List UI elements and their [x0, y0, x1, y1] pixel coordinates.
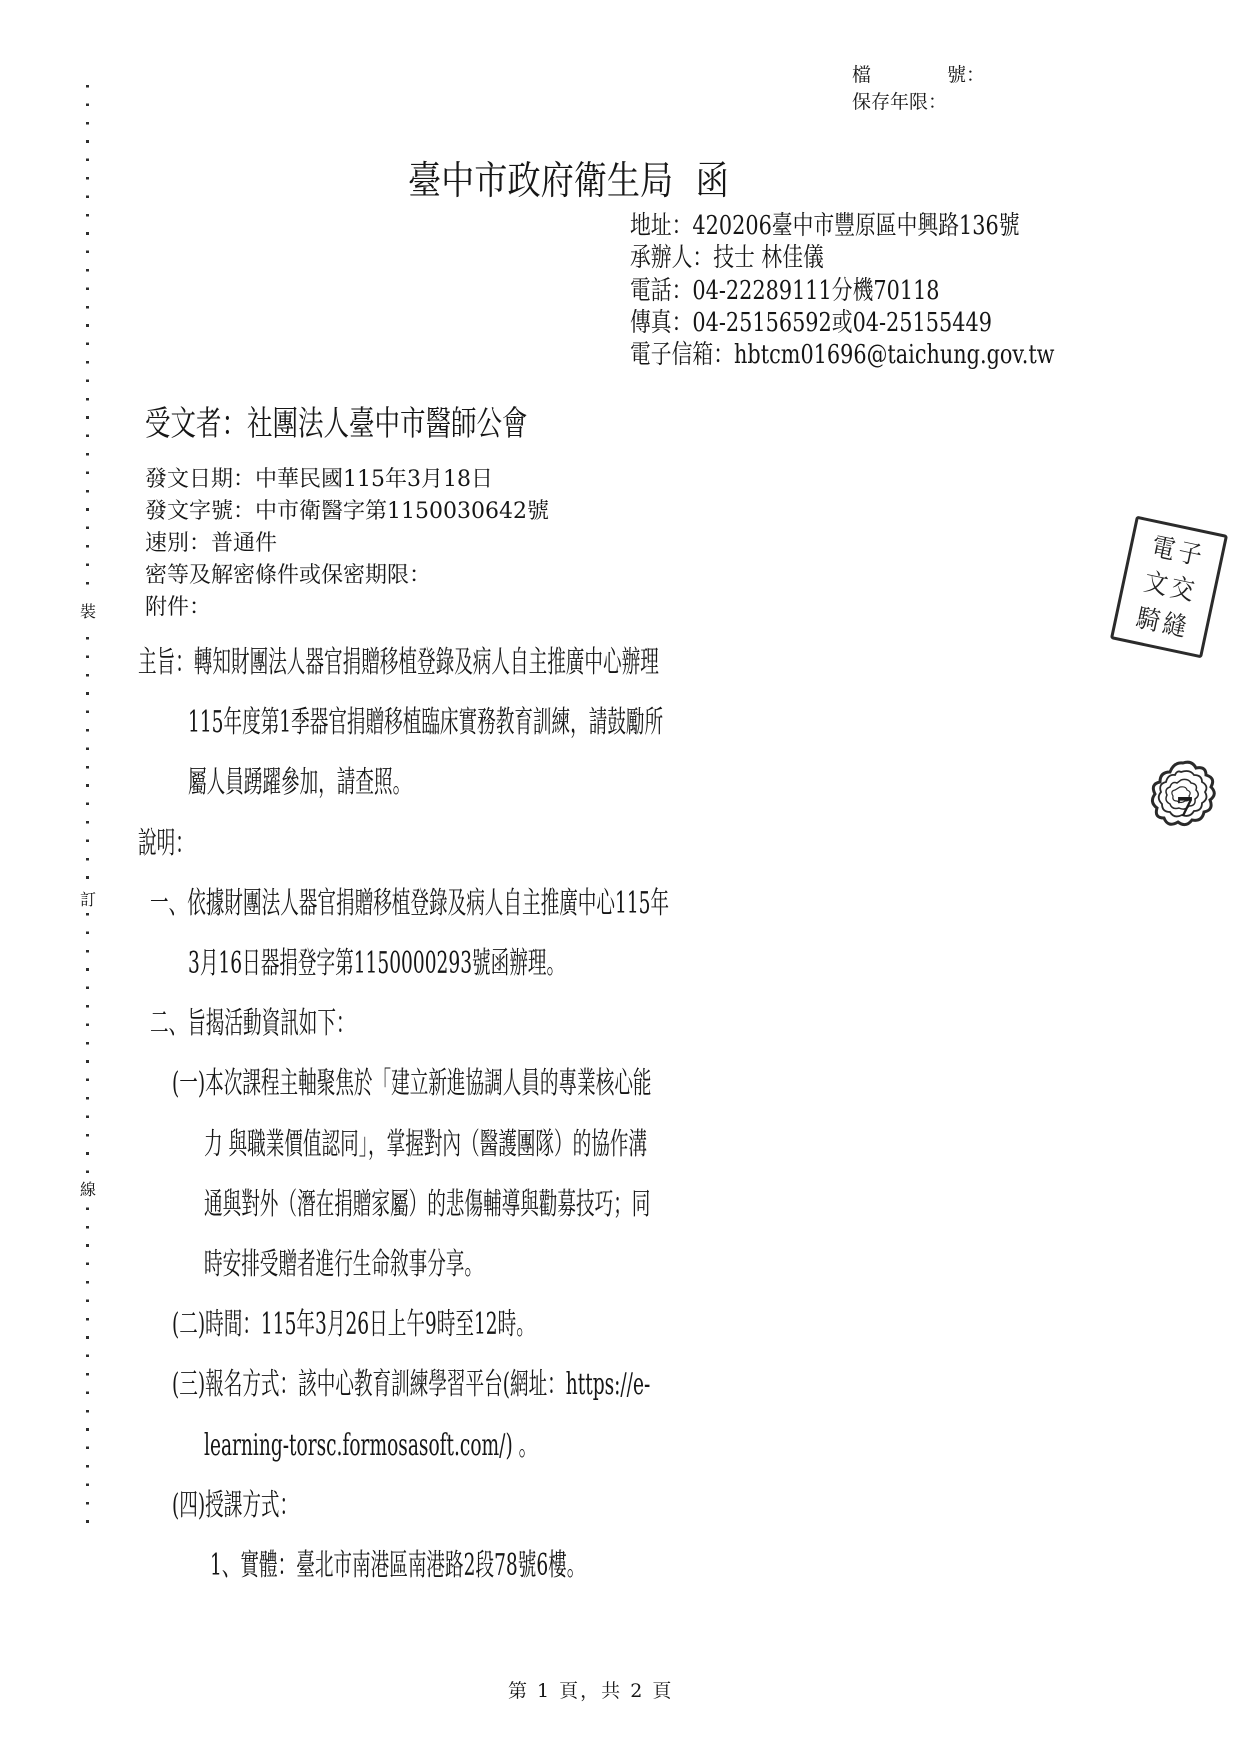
body-line: 3月16日器捐登字第1150000293號函辦理。	[188, 947, 796, 981]
sender-line: 電子信箱：hbtcm01696@taichung.gov.tw	[630, 339, 1161, 371]
body-line: (二)時間：115年3月26日上午9時至12時。	[172, 1308, 757, 1342]
sender-line: 傳真：04-25156592或04-25155449	[630, 307, 1161, 339]
page: 檔 號： 保存年限： 臺中市政府衛生局 函 地址：420206臺中市豐原區中興路…	[0, 0, 1240, 1754]
meta-info: 發文日期：中華民國115年3月18日發文字號：中市衛醫字第1150030642號…	[145, 464, 549, 624]
recipient-line: 受文者：社團法人臺中市醫師公會	[145, 396, 655, 445]
page-title: 臺中市政府衛生局 函	[408, 150, 785, 206]
meta-line: 速別：普通件	[145, 528, 549, 560]
perforation-stamp: 7	[1148, 760, 1218, 832]
body-line: learning-torsc.formosasoft.com/) 。	[204, 1429, 741, 1463]
sender-line: 地址：420206臺中市豐原區中興路136號	[630, 210, 1161, 242]
body-line: 1、實體：臺北市南港區南港路2段78號6樓。	[210, 1549, 815, 1583]
file-no-line: 檔 號：	[852, 62, 985, 89]
sender-info: 地址：420206臺中市豐原區中興路136號承辦人：技士 林佳儀電話：04-22…	[630, 210, 1161, 371]
exchange-stamp: 電子文交騎縫	[1110, 516, 1228, 659]
meta-line: 發文字號：中市衛醫字第1150030642號	[145, 496, 549, 528]
body-line: 二、旨揭活動資訊如下：	[150, 1007, 480, 1041]
stamp-row: 電子	[1146, 533, 1208, 570]
sender-line: 承辦人：技士 林佳儀	[630, 242, 1161, 274]
body-line: 115年度第1季器官捐贈移植臨床實務教育訓練，請鼓勵所	[188, 706, 954, 740]
page-number: 第 1 頁，共 2 頁	[508, 1676, 673, 1703]
meta-line: 發文日期：中華民國115年3月18日	[145, 464, 549, 496]
binding-char: 訂	[78, 888, 98, 912]
body-line: (三)報名方式：該中心教育訓練學習平台(網址：https://e-	[172, 1368, 943, 1402]
file-no-block: 檔 號： 保存年限：	[852, 62, 985, 116]
stamp-row: 文交	[1138, 568, 1200, 605]
body-line: 主旨：轉知財團法人器官捐贈移植登錄及病人自主推廣中心辦理	[138, 646, 978, 680]
meta-line: 附件：	[145, 592, 549, 624]
binding-char: 裝	[78, 600, 98, 624]
body-line: 力 與職業價值認同」，掌握對內（醫護團隊）的協作溝	[204, 1128, 919, 1162]
binding-char: 線	[78, 1178, 98, 1202]
body-line: 說明：	[138, 827, 228, 861]
body-line: 屬人員踴躍參加，請查照。	[188, 766, 548, 800]
body-line: (一)本次課程主軸聚焦於「建立新進協調人員的專業核心能	[172, 1067, 945, 1101]
sender-line: 電話：04-22289111分機70118	[630, 275, 1161, 307]
body-line: 通與對外（潛在捐贈家屬）的悲傷輔導與勸募技巧；同	[204, 1188, 924, 1222]
meta-line: 密等及解密條件或保密期限：	[145, 560, 549, 592]
binding-dotted-line	[86, 85, 89, 1523]
perforation-digit: 7	[1176, 793, 1194, 823]
body-line: 一、依據財團法人器官捐贈移植登錄及病人自主推廣中心115年	[150, 887, 987, 921]
body-line: 時安排受贈者進行生命敘事分享。	[204, 1248, 654, 1282]
body-line: (四)授課方式：	[172, 1489, 375, 1523]
retention-line: 保存年限：	[852, 89, 985, 116]
stamp-row: 騎縫	[1131, 604, 1193, 641]
